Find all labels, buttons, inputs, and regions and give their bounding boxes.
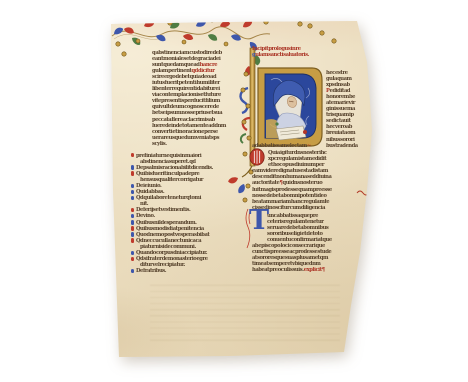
text-line: ad abbatissam electam ~ bbox=[252, 143, 322, 149]
paragraph-mark bbox=[131, 238, 134, 242]
text-line: De fratribus. bbox=[131, 268, 237, 274]
text-segment: auctoritate bbox=[252, 180, 280, 186]
paragraph-mark bbox=[131, 232, 134, 236]
index-entry: Qd qui labore tenetur qt ominit. bbox=[131, 195, 237, 207]
text-line: bus tradenda bbox=[326, 143, 362, 149]
paragraph-mark bbox=[131, 214, 134, 218]
margin-squiggle bbox=[356, 189, 370, 196]
text-line: scylis. bbox=[152, 141, 235, 147]
text-segment: sunt quedam que ad bbox=[152, 62, 200, 68]
rubric-segment: ulam sancti saluatoris. bbox=[255, 52, 309, 58]
right-column-paragraph-1: Quia igitur dns noster ihcxpc regulam is… bbox=[252, 150, 358, 211]
historiated-initial-miniature bbox=[252, 62, 326, 150]
index-entry: Qd si frater de monasterio egreditur vel… bbox=[131, 256, 237, 268]
index-entry: prefiniatur ne quis in maioriabstinencia… bbox=[131, 153, 237, 165]
text-segment: ad abbatissam electam bbox=[252, 143, 307, 149]
initial-T-blue: T bbox=[249, 207, 269, 235]
paragraph-mark bbox=[131, 257, 134, 261]
paragraph-mark bbox=[131, 220, 134, 224]
paragraph-mark bbox=[131, 251, 134, 255]
rubric-line: Incipit prologus in re bbox=[252, 46, 312, 52]
text-segment: gulam pertinent bbox=[152, 68, 192, 74]
rubric-line: gulam sancti saluatoris. bbox=[252, 52, 312, 58]
index-entry: Qui bis fuerit in culpa deprehensus qual… bbox=[131, 171, 237, 183]
paragraph-mark bbox=[131, 226, 134, 230]
lead-line: ad abbatissam electam ~ bbox=[252, 143, 322, 149]
paragraph-mark bbox=[131, 153, 134, 157]
paragraph-mark bbox=[131, 184, 134, 188]
index-entry: De fratribus. bbox=[131, 268, 237, 274]
paragraph-mark bbox=[131, 208, 134, 212]
text-segment: qui dns noster uo bbox=[282, 180, 322, 186]
text-beside-initial: hec est regula quamxps dns abP edidit ad… bbox=[326, 70, 362, 149]
paragraph-mark bbox=[131, 269, 134, 273]
catalog-photo: { "palette": { "ink": "#57432e", "rubric… bbox=[0, 0, 468, 382]
paragraph-mark bbox=[131, 196, 134, 200]
rubric-segment: ~ bbox=[307, 143, 311, 149]
text-segment: habeat pre oculis suis. bbox=[252, 267, 304, 273]
green-accent bbox=[275, 122, 278, 125]
verso-showthrough bbox=[150, 283, 340, 343]
rubric-segment: explicit ¶ bbox=[304, 267, 325, 273]
text-line: luere deinde tota mente ad dnm bbox=[152, 123, 235, 129]
left-column-text-block: q abstinenciam custodire debeant moniale… bbox=[152, 50, 235, 148]
chapter-index: prefiniatur ne quis in maioriabstinencia… bbox=[131, 153, 237, 275]
parchment: T q abstinenciam custodire debeant monia… bbox=[0, 0, 468, 382]
red-accent bbox=[303, 130, 307, 134]
paragraph-mark bbox=[131, 190, 134, 194]
rubric-segment: hanc re bbox=[200, 62, 218, 68]
penwork-curls bbox=[241, 88, 250, 143]
paragraph-mark bbox=[131, 165, 134, 169]
paragraph-mark bbox=[131, 171, 134, 175]
text-segment: edidit ad bbox=[330, 88, 350, 94]
manuscript-leaf: T q abstinenciam custodire debeant monia… bbox=[0, 0, 468, 382]
index-entry: Qd nec cuculla nec tunica capiatur nisi … bbox=[131, 238, 237, 250]
text-line: habeat pre oculis suis. explicit ¶ bbox=[252, 267, 358, 273]
rubric-segment: qd dicitur bbox=[192, 68, 215, 74]
